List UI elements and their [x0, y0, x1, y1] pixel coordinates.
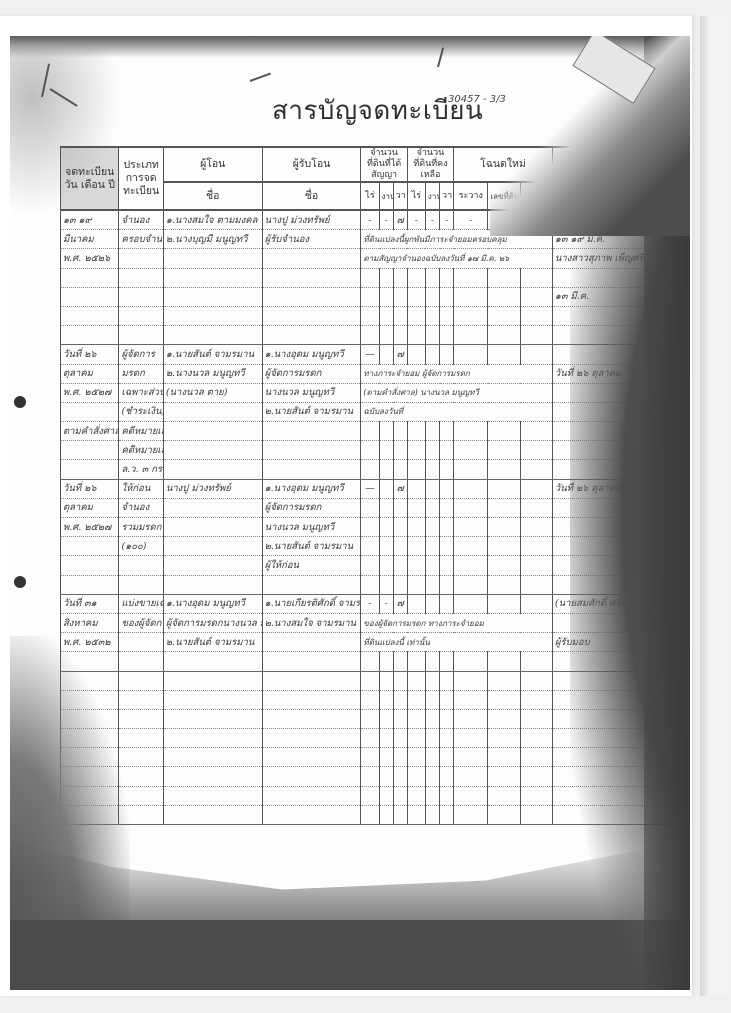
cell-grantor: [163, 518, 262, 537]
cell-wa: [440, 575, 454, 594]
scrollbar-track[interactable]: [700, 16, 708, 996]
cell-date: สิงหาคม: [61, 613, 119, 632]
cell-ngan: [425, 518, 439, 537]
cell-wa: [393, 709, 407, 728]
cell-ngan: [425, 767, 439, 786]
cell-type: [119, 249, 163, 268]
cell-rai: [407, 345, 425, 364]
vertical-scrollbar[interactable]: [700, 16, 728, 996]
cell-rai: [361, 460, 379, 479]
cell-rai: [361, 575, 379, 594]
cell-survey: [454, 575, 488, 594]
header-grantor: ผู้โอน: [163, 147, 262, 182]
cell-deed-no: [520, 652, 552, 671]
binding-hole: [14, 396, 26, 408]
cell-rai: [407, 652, 425, 671]
cell-wa: [440, 326, 454, 345]
cell-type: [119, 268, 163, 287]
cell-ngan: -: [379, 594, 393, 613]
cell-ngan: [379, 345, 393, 364]
cell-ngan: [379, 268, 393, 287]
cell-note: ตามสัญญาจำนองฉบับลงวันที่ ๑๗ มี.ค. ๒๖: [361, 249, 553, 268]
cell-survey: [454, 729, 488, 748]
cell-ngan: [425, 709, 439, 728]
cell-date: วันที่ ๒๖: [61, 345, 119, 364]
cell-survey: [454, 786, 488, 805]
cell-date: [61, 441, 119, 460]
cell-survey: [454, 268, 488, 287]
cell-date: [61, 268, 119, 287]
cell-wa: [440, 441, 454, 460]
cell-rai: [361, 268, 379, 287]
cell-rai: [407, 729, 425, 748]
cell-ngan: [379, 518, 393, 537]
header-rai: ไร่: [407, 182, 425, 210]
cell-wa: [440, 786, 454, 805]
cell-deed-no: [520, 575, 552, 594]
cell-grantee: [262, 441, 361, 460]
cell-wa: [440, 652, 454, 671]
cell-deed-no: [520, 518, 552, 537]
cell-wa: ๗: [393, 594, 407, 613]
cell-type: [119, 306, 163, 325]
cell-rai: [407, 786, 425, 805]
cell-rai: [361, 786, 379, 805]
cell-survey: [454, 671, 488, 690]
cell-type: ให้ก่อน: [119, 479, 163, 498]
cell-survey: [454, 326, 488, 345]
cell-wa: [393, 652, 407, 671]
cell-rai: [407, 287, 425, 306]
cell-grantee: [262, 575, 361, 594]
cell-ngan: [425, 345, 439, 364]
cell-wa: [393, 767, 407, 786]
header-date: จดทะเบียน วัน เดือน ปี: [61, 147, 119, 210]
cell-grantor: [163, 748, 262, 767]
cell-wa: [440, 287, 454, 306]
cell-land-no: [488, 671, 520, 690]
cell-grantor: [163, 767, 262, 786]
cell-grantor: [163, 537, 262, 556]
cell-grantee: ๒.นายสันต์ จามรมาน: [262, 537, 361, 556]
cell-rai: [361, 287, 379, 306]
cell-wa: [393, 671, 407, 690]
cell-grantee: ๑.นายเกียรติศักดิ์ จามรมาน: [262, 594, 361, 613]
cell-date: [61, 460, 119, 479]
scanned-page: สารบัญจดทะเบียน 30457 - 3/3 จดทะเบียน วั…: [10, 36, 690, 990]
cell-survey: [454, 306, 488, 325]
cell-grantee: ผู้จัดการมรดก: [262, 364, 361, 383]
cell-rai: [361, 518, 379, 537]
cell-deed-no: [520, 306, 552, 325]
cell-date: [61, 306, 119, 325]
cell-type: [119, 287, 163, 306]
cell-deed-no: [520, 287, 552, 306]
header-grantor-name: ชื่อ: [163, 182, 262, 210]
header-rai: ไร่: [361, 182, 379, 210]
cell-wa: [393, 556, 407, 575]
cell-rai: [407, 537, 425, 556]
cell-deed-no: [520, 537, 552, 556]
cell-wa: [440, 767, 454, 786]
cell-rai: [407, 690, 425, 709]
cell-type: ครอบจำนอง: [119, 230, 163, 249]
cell-wa: [393, 748, 407, 767]
cell-type: ผู้จัดการ: [119, 345, 163, 364]
cell-date: ตามคำสั่งศาลแพ่ง: [61, 422, 119, 441]
cell-wa: [393, 268, 407, 287]
cell-date: [61, 287, 119, 306]
cell-wa: ๗: [393, 479, 407, 498]
cell-grantee: [262, 671, 361, 690]
cell-grantor: ผู้จัดการมรดกนางนวล มนูญทวี: [163, 613, 262, 632]
cell-survey: [454, 287, 488, 306]
cell-grantor: [163, 441, 262, 460]
cell-survey: [454, 556, 488, 575]
cell-survey: [454, 652, 488, 671]
cell-grantor: [163, 709, 262, 728]
header-ngan: งาน: [425, 182, 439, 210]
cell-survey: [454, 498, 488, 517]
cell-rai: [361, 422, 379, 441]
cell-wa: [393, 575, 407, 594]
cell-ngan: [379, 479, 393, 498]
cell-date: ตุลาคม: [61, 498, 119, 517]
cell-wa: [440, 345, 454, 364]
cell-ngan: [379, 690, 393, 709]
cell-date: วันที่ ๒๖: [61, 479, 119, 498]
cell-ngan: [425, 594, 439, 613]
cell-grantor: [163, 287, 262, 306]
cell-note: (ตามคำสั่งศาล) นางนวล มนูญทวี: [361, 383, 553, 402]
cell-ngan: [379, 671, 393, 690]
cell-land-no: [488, 306, 520, 325]
cell-rai: -: [407, 210, 425, 230]
cell-ngan: [379, 460, 393, 479]
cell-grantor: [163, 786, 262, 805]
cell-type: ล.ว. ๓ กรกฎาคม ๒๕๒๗: [119, 460, 163, 479]
cell-land-no: [488, 786, 520, 805]
cell-land-no: [488, 575, 520, 594]
cell-wa: [393, 729, 407, 748]
cell-grantor: [163, 498, 262, 517]
cell-date: วันที่ ๓๑: [61, 594, 119, 613]
cell-ngan: [379, 575, 393, 594]
cell-grantee: ๑.นางอุดม มนูญทวี: [262, 345, 361, 364]
cell-date: [61, 402, 119, 421]
cell-type: [119, 556, 163, 575]
cell-wa: [440, 498, 454, 517]
cell-land-no: [488, 767, 520, 786]
cell-wa: [393, 326, 407, 345]
cell-grantee: [262, 767, 361, 786]
cell-deed-no: [520, 671, 552, 690]
cell-grantor: นางปู ม่วงทรัพย์: [163, 479, 262, 498]
cell-type: รวมมรดก: [119, 518, 163, 537]
cell-land-no: [488, 805, 520, 824]
cell-ngan: [425, 652, 439, 671]
cell-deed-no: [520, 268, 552, 287]
cell-grantee: ผู้รับจำนอง: [262, 230, 361, 249]
cell-ngan: [379, 326, 393, 345]
cell-ngan: [425, 537, 439, 556]
cell-ngan: [425, 575, 439, 594]
cell-grantor: [163, 671, 262, 690]
cell-note: ทางภาระจำยอม ผู้จัดการมรดก: [361, 364, 553, 383]
cell-rai: [407, 460, 425, 479]
cell-deed-no: [520, 748, 552, 767]
cell-wa: [440, 518, 454, 537]
header-area-remaining: จำนวนที่ดินที่คงเหลือ: [407, 147, 453, 182]
cell-wa: [440, 537, 454, 556]
cell-ngan: [425, 422, 439, 441]
cell-date: พ.ศ. ๒๕๒๖: [61, 249, 119, 268]
cell-land-no: [488, 422, 520, 441]
cell-ngan: [425, 326, 439, 345]
cell-land-no: [488, 690, 520, 709]
cell-wa: [440, 709, 454, 728]
cell-grantee: [262, 690, 361, 709]
cell-ngan: [379, 729, 393, 748]
cell-wa: [393, 805, 407, 824]
cell-land-no: [488, 479, 520, 498]
cell-ngan: -: [379, 210, 393, 230]
cell-rai: [361, 556, 379, 575]
cell-type: (ชำระเงิน): [119, 402, 163, 421]
cell-type: แบ่งขายเฉพาะส่วน: [119, 594, 163, 613]
cell-ngan: [379, 306, 393, 325]
cell-grantee: [262, 287, 361, 306]
cell-grantee: [262, 326, 361, 345]
cell-survey: -: [454, 210, 488, 230]
cell-rai: [407, 326, 425, 345]
binding-hole: [14, 576, 26, 588]
cell-land-no: [488, 460, 520, 479]
cell-wa: [440, 479, 454, 498]
cell-rai: —: [361, 479, 379, 498]
cell-type: จำนอง: [119, 210, 163, 230]
cell-grantor: ๑.นางสมใจ ตามมงคล: [163, 210, 262, 230]
cell-wa: [393, 690, 407, 709]
cell-wa: [440, 671, 454, 690]
cell-ngan: [379, 441, 393, 460]
cell-ngan: [379, 652, 393, 671]
cell-grantee: [262, 249, 361, 268]
cell-wa: [440, 729, 454, 748]
cell-ngan: [379, 422, 393, 441]
cell-survey: [454, 460, 488, 479]
cell-wa: [440, 460, 454, 479]
cell-rai: [361, 748, 379, 767]
cell-rai: [407, 268, 425, 287]
cell-grantee: [262, 460, 361, 479]
cell-rai: [407, 575, 425, 594]
cell-grantee: ผู้ให้ก่อน: [262, 556, 361, 575]
document-viewer: สารบัญจดทะเบียน 30457 - 3/3 จดทะเบียน วั…: [0, 0, 731, 1013]
cell-date: มีนาคม: [61, 230, 119, 249]
cell-type: คดีหมายเลขดำที่ ๑๔๗๙/๒๕๒๗: [119, 422, 163, 441]
cell-survey: [454, 805, 488, 824]
cell-rai: [407, 805, 425, 824]
cell-grantee: ๒.นายสันต์ จามรมาน: [262, 402, 361, 421]
cell-land-no: [488, 537, 520, 556]
cell-grantee: [262, 805, 361, 824]
cell-rai: [407, 594, 425, 613]
cell-wa: [393, 786, 407, 805]
cell-deed-no: [520, 345, 552, 364]
cell-rai: [407, 748, 425, 767]
cell-deed-no: [520, 441, 552, 460]
cell-ngan: [379, 709, 393, 728]
cell-deed-no: [520, 326, 552, 345]
cell-rai: [361, 441, 379, 460]
cell-rai: [407, 422, 425, 441]
cell-type: มรดก: [119, 364, 163, 383]
cell-date: ตุลาคม: [61, 364, 119, 383]
cell-rai: [407, 441, 425, 460]
cell-wa: [393, 460, 407, 479]
cell-ngan: [379, 287, 393, 306]
cell-rai: [407, 709, 425, 728]
header-grantee-name: ชื่อ: [262, 182, 361, 210]
cell-date: ๑๓ ๑๙: [61, 210, 119, 230]
cell-grantor: (นางนวล ตาย): [163, 383, 262, 402]
cell-type: [119, 326, 163, 345]
cell-grantor: [163, 249, 262, 268]
cell-rai: [361, 709, 379, 728]
cell-ngan: [425, 268, 439, 287]
cell-rai: [361, 652, 379, 671]
cell-ngan: [425, 460, 439, 479]
cell-wa: [440, 306, 454, 325]
cell-grantor: [163, 652, 262, 671]
cell-land-no: [488, 268, 520, 287]
cell-ngan: [379, 805, 393, 824]
cell-note: ที่ดินแปลงนี้ เท่านั้น: [361, 633, 553, 652]
cell-deed-no: [520, 786, 552, 805]
cell-land-no: [488, 287, 520, 306]
cell-ngan: -: [425, 210, 439, 230]
cell-type: [119, 575, 163, 594]
cell-wa: [440, 422, 454, 441]
cell-rai: [361, 306, 379, 325]
cell-land-no: [488, 652, 520, 671]
cell-ngan: [379, 498, 393, 517]
cell-grantee: ผู้จัดการมรดก: [262, 498, 361, 517]
cell-survey: [454, 537, 488, 556]
cell-grantee: นางปู ม่วงทรัพย์: [262, 210, 361, 230]
cell-wa: [393, 306, 407, 325]
cell-wa: [440, 556, 454, 575]
cell-ngan: [425, 287, 439, 306]
cell-land-no: [488, 518, 520, 537]
cell-ngan: [379, 767, 393, 786]
header-type: ประเภทการจดทะเบียน: [119, 147, 163, 210]
cell-deed-no: [520, 767, 552, 786]
page-frame: สารบัญจดทะเบียน 30457 - 3/3 จดทะเบียน วั…: [0, 16, 692, 996]
cell-type: เฉพาะส่วน: [119, 383, 163, 402]
cell-survey: [454, 709, 488, 728]
cell-land-no: [488, 345, 520, 364]
cell-land-no: [488, 709, 520, 728]
cell-land-no: [488, 326, 520, 345]
cell-ngan: [425, 441, 439, 460]
cell-rai: [361, 326, 379, 345]
cell-date: [61, 537, 119, 556]
cell-ngan: [425, 306, 439, 325]
cell-grantee: [262, 709, 361, 728]
cell-wa: ๗: [393, 345, 407, 364]
cell-rai: [361, 805, 379, 824]
header-area-contract: จำนวนที่ดินที่ได้สัญญา: [361, 147, 407, 182]
cell-land-no: [488, 556, 520, 575]
cell-wa: [393, 537, 407, 556]
cell-deed-no: [520, 594, 552, 613]
header-wa: วา: [393, 182, 407, 210]
cell-date: [61, 575, 119, 594]
cell-grantee: [262, 306, 361, 325]
cell-wa: [440, 594, 454, 613]
cell-grantor: [163, 556, 262, 575]
cell-survey: [454, 690, 488, 709]
cell-grantor: [163, 306, 262, 325]
cell-grantee: ๒.นางสมใจ จามรมาน: [262, 613, 361, 632]
cell-grantor: ๒.นางนวล มนูญทวี: [163, 364, 262, 383]
cell-grantee: [262, 268, 361, 287]
cell-rai: -: [361, 210, 379, 230]
cell-grantor: [163, 729, 262, 748]
cell-rai: [407, 479, 425, 498]
cell-rai: [361, 498, 379, 517]
cell-deed-no: [520, 729, 552, 748]
cell-grantor: [163, 326, 262, 345]
header-ngan: งาน: [379, 182, 393, 210]
cell-ngan: [425, 729, 439, 748]
cell-deed-no: [520, 498, 552, 517]
cell-grantee: [262, 422, 361, 441]
cell-rai: [407, 518, 425, 537]
cell-grantor: [163, 805, 262, 824]
cell-rai: [407, 671, 425, 690]
cell-rai: [361, 671, 379, 690]
cell-ngan: [379, 537, 393, 556]
cell-grantor: [163, 268, 262, 287]
cell-wa: [440, 268, 454, 287]
cell-wa: [440, 805, 454, 824]
cell-ngan: [425, 690, 439, 709]
cell-grantee: นางนวล มนูญทวี: [262, 518, 361, 537]
cell-rai: -: [361, 594, 379, 613]
cell-grantor: ๑.นางอุดม มนูญทวี: [163, 594, 262, 613]
cell-land-no: [488, 498, 520, 517]
cell-grantor: ๒.นายสันต์ จามรมาน: [163, 633, 262, 652]
cell-note: ของผู้จัดการมรดก ทางภาระจำยอม: [361, 613, 553, 632]
cell-deed-no: [520, 690, 552, 709]
cell-survey: [454, 441, 488, 460]
cell-grantor: [163, 422, 262, 441]
cell-grantee: [262, 748, 361, 767]
cell-rai: [361, 537, 379, 556]
cell-ngan: [379, 748, 393, 767]
cell-deed-no: [520, 805, 552, 824]
header-grantee: ผู้รับโอน: [262, 147, 361, 182]
cell-wa: [440, 690, 454, 709]
cell-grantee: [262, 652, 361, 671]
header-wa: วา: [440, 182, 454, 210]
cell-rai: [361, 690, 379, 709]
cell-type: ของผู้จัดการ: [119, 613, 163, 632]
cell-survey: [454, 518, 488, 537]
